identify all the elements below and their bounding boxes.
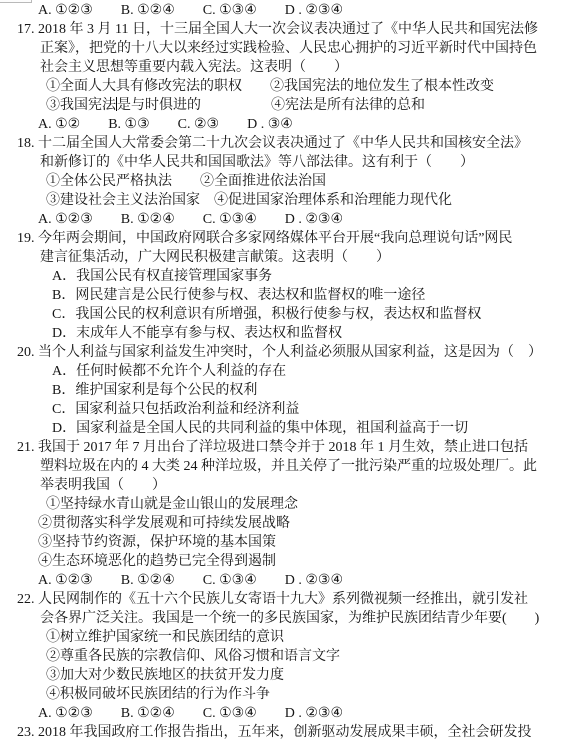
- text-line: ②尊重各民族的宗教信仰、风俗习惯和语言文字: [0, 647, 577, 666]
- text-line: 18. 十二届全国人大常委会第二十九次会议表决通过了《中华人民共和国核安全法》: [0, 134, 577, 153]
- text-line: A. ①② B. ①③ C. ②③ D . ③④: [0, 115, 577, 134]
- text-line: ④积极同破坏民族团结的行为作斗争: [0, 685, 577, 704]
- text-line: 22. 人民网制作的《五十六个民族儿女寄语十九大》系列微视频一经推出，就引发社: [0, 590, 577, 609]
- text-line: ①树立维护国家统一和民族团结的意识: [0, 628, 577, 647]
- text-line: ③坚持节约资源，保护环境的基本国策: [0, 533, 577, 552]
- document-lines: A. ①②③ B. ①②④ C. ①③④ D . ②③④17. 2018 年 3…: [0, 1, 577, 739]
- text-line: A. ①②③ B. ①②④ C. ①③④ D . ②③④: [0, 571, 577, 590]
- text-line: C．我国公民的权利意识有所增强，积极行使参与权，表达权和监督权: [0, 305, 577, 324]
- text-line: A．我国公民有权直接管理国家事务: [0, 267, 577, 286]
- text-line: ①坚持绿水青山就是金山银山的发展理念: [0, 495, 577, 514]
- text-line: ②贯彻落实科学发展观和可持续发展战略: [0, 514, 577, 533]
- text-line: 举表明我国（ ）: [0, 476, 577, 495]
- text-line: ①全体公民严格执法 ②全面推进依法治国: [0, 172, 577, 191]
- document-page[interactable]: A. ①②③ B. ①②④ C. ①③④ D . ②③④17. 2018 年 3…: [0, 0, 577, 739]
- text-line: C．国家利益只包括政治利益和经济利益: [0, 400, 577, 419]
- text-line: 20. 当个人利益与国家利益发生冲突时，个人利益必须服从国家利益，这是因为（ ）: [0, 343, 577, 362]
- text-line: 23. 2018 年我国政府工作报告指出，五年来，创新驱动发展成果丰硕，全社会研…: [0, 723, 577, 739]
- text-line: A. ①②③ B. ①②④ C. ①③④ D . ②③④: [0, 210, 577, 229]
- text-line: A. ①②③ B. ①②④ C. ①③④ D . ②③④: [0, 1, 577, 20]
- text-line: 社会主义思想等重要内载入宪法。这表明（ ）: [0, 58, 577, 77]
- text-line: B．维护国家利是每个公民的权利: [0, 381, 577, 400]
- text-line: 正案》，把党的十八大以来经过实践检验、人民忠心拥护的习近平新时代中国持色: [0, 39, 577, 58]
- text-line: 会各界广泛关注。我国是一个统一的多民族国家，为维护民族团结青少年要( ): [0, 609, 577, 628]
- text-line: 19. 今年两会期间，中国政府网联合多家网络媒体平台开展“我向总理说句话”网民: [0, 229, 577, 248]
- text-line: 21. 我国于 2017 年 7 月出台了洋垃圾进口禁令并于 2018 年 1 …: [0, 438, 577, 457]
- text-line: ①全面人大具有修改宪法的职权 ②我国宪法的地位发生了根本性改变: [0, 77, 577, 96]
- text-line: A．任何时候都不允许个人利益的存在: [0, 362, 577, 381]
- text-line: B．网民建言是公民行使参与权、表达权和监督权的唯一途径: [0, 286, 577, 305]
- text-line: ③加大对少数民族地区的扶贫开发力度: [0, 666, 577, 685]
- text-line: A. ①②③ B. ①②④ C. ①③④ D . ②③④: [0, 704, 577, 723]
- text-line: 塑料垃圾在内的 4 大类 24 种洋垃圾，并且关停了一批污染严重的垃圾处理厂。此: [0, 457, 577, 476]
- text-line: ③建设社会主义法治国家 ④促进国家治理体系和治理能力现代化: [0, 191, 577, 210]
- text-line: 建言征集活动，广大网民积极建言献策。这表明（ ）: [0, 248, 577, 267]
- text-line: 17. 2018 年 3 月 11 日，十三届全国人大一次会议表决通过了《中华人…: [0, 20, 577, 39]
- text-line: D．末成年人不能享有参与权、表达权和监督权: [0, 324, 577, 343]
- text-line: ④生态环境恶化的趋势已完全得到遏制: [0, 552, 577, 571]
- text-cursor: [116, 97, 117, 111]
- text-line: 和新修订的《中华人民共和国国歌法》等八部法律。这有利于（ ）: [0, 153, 577, 172]
- text-line: ③我国宪法是与时俱进的 ④宪法是所有法律的总和: [0, 96, 577, 115]
- text-line: D．国家利益是全国人民的共同利益的集中体现，祖国利益高于一切: [0, 419, 577, 438]
